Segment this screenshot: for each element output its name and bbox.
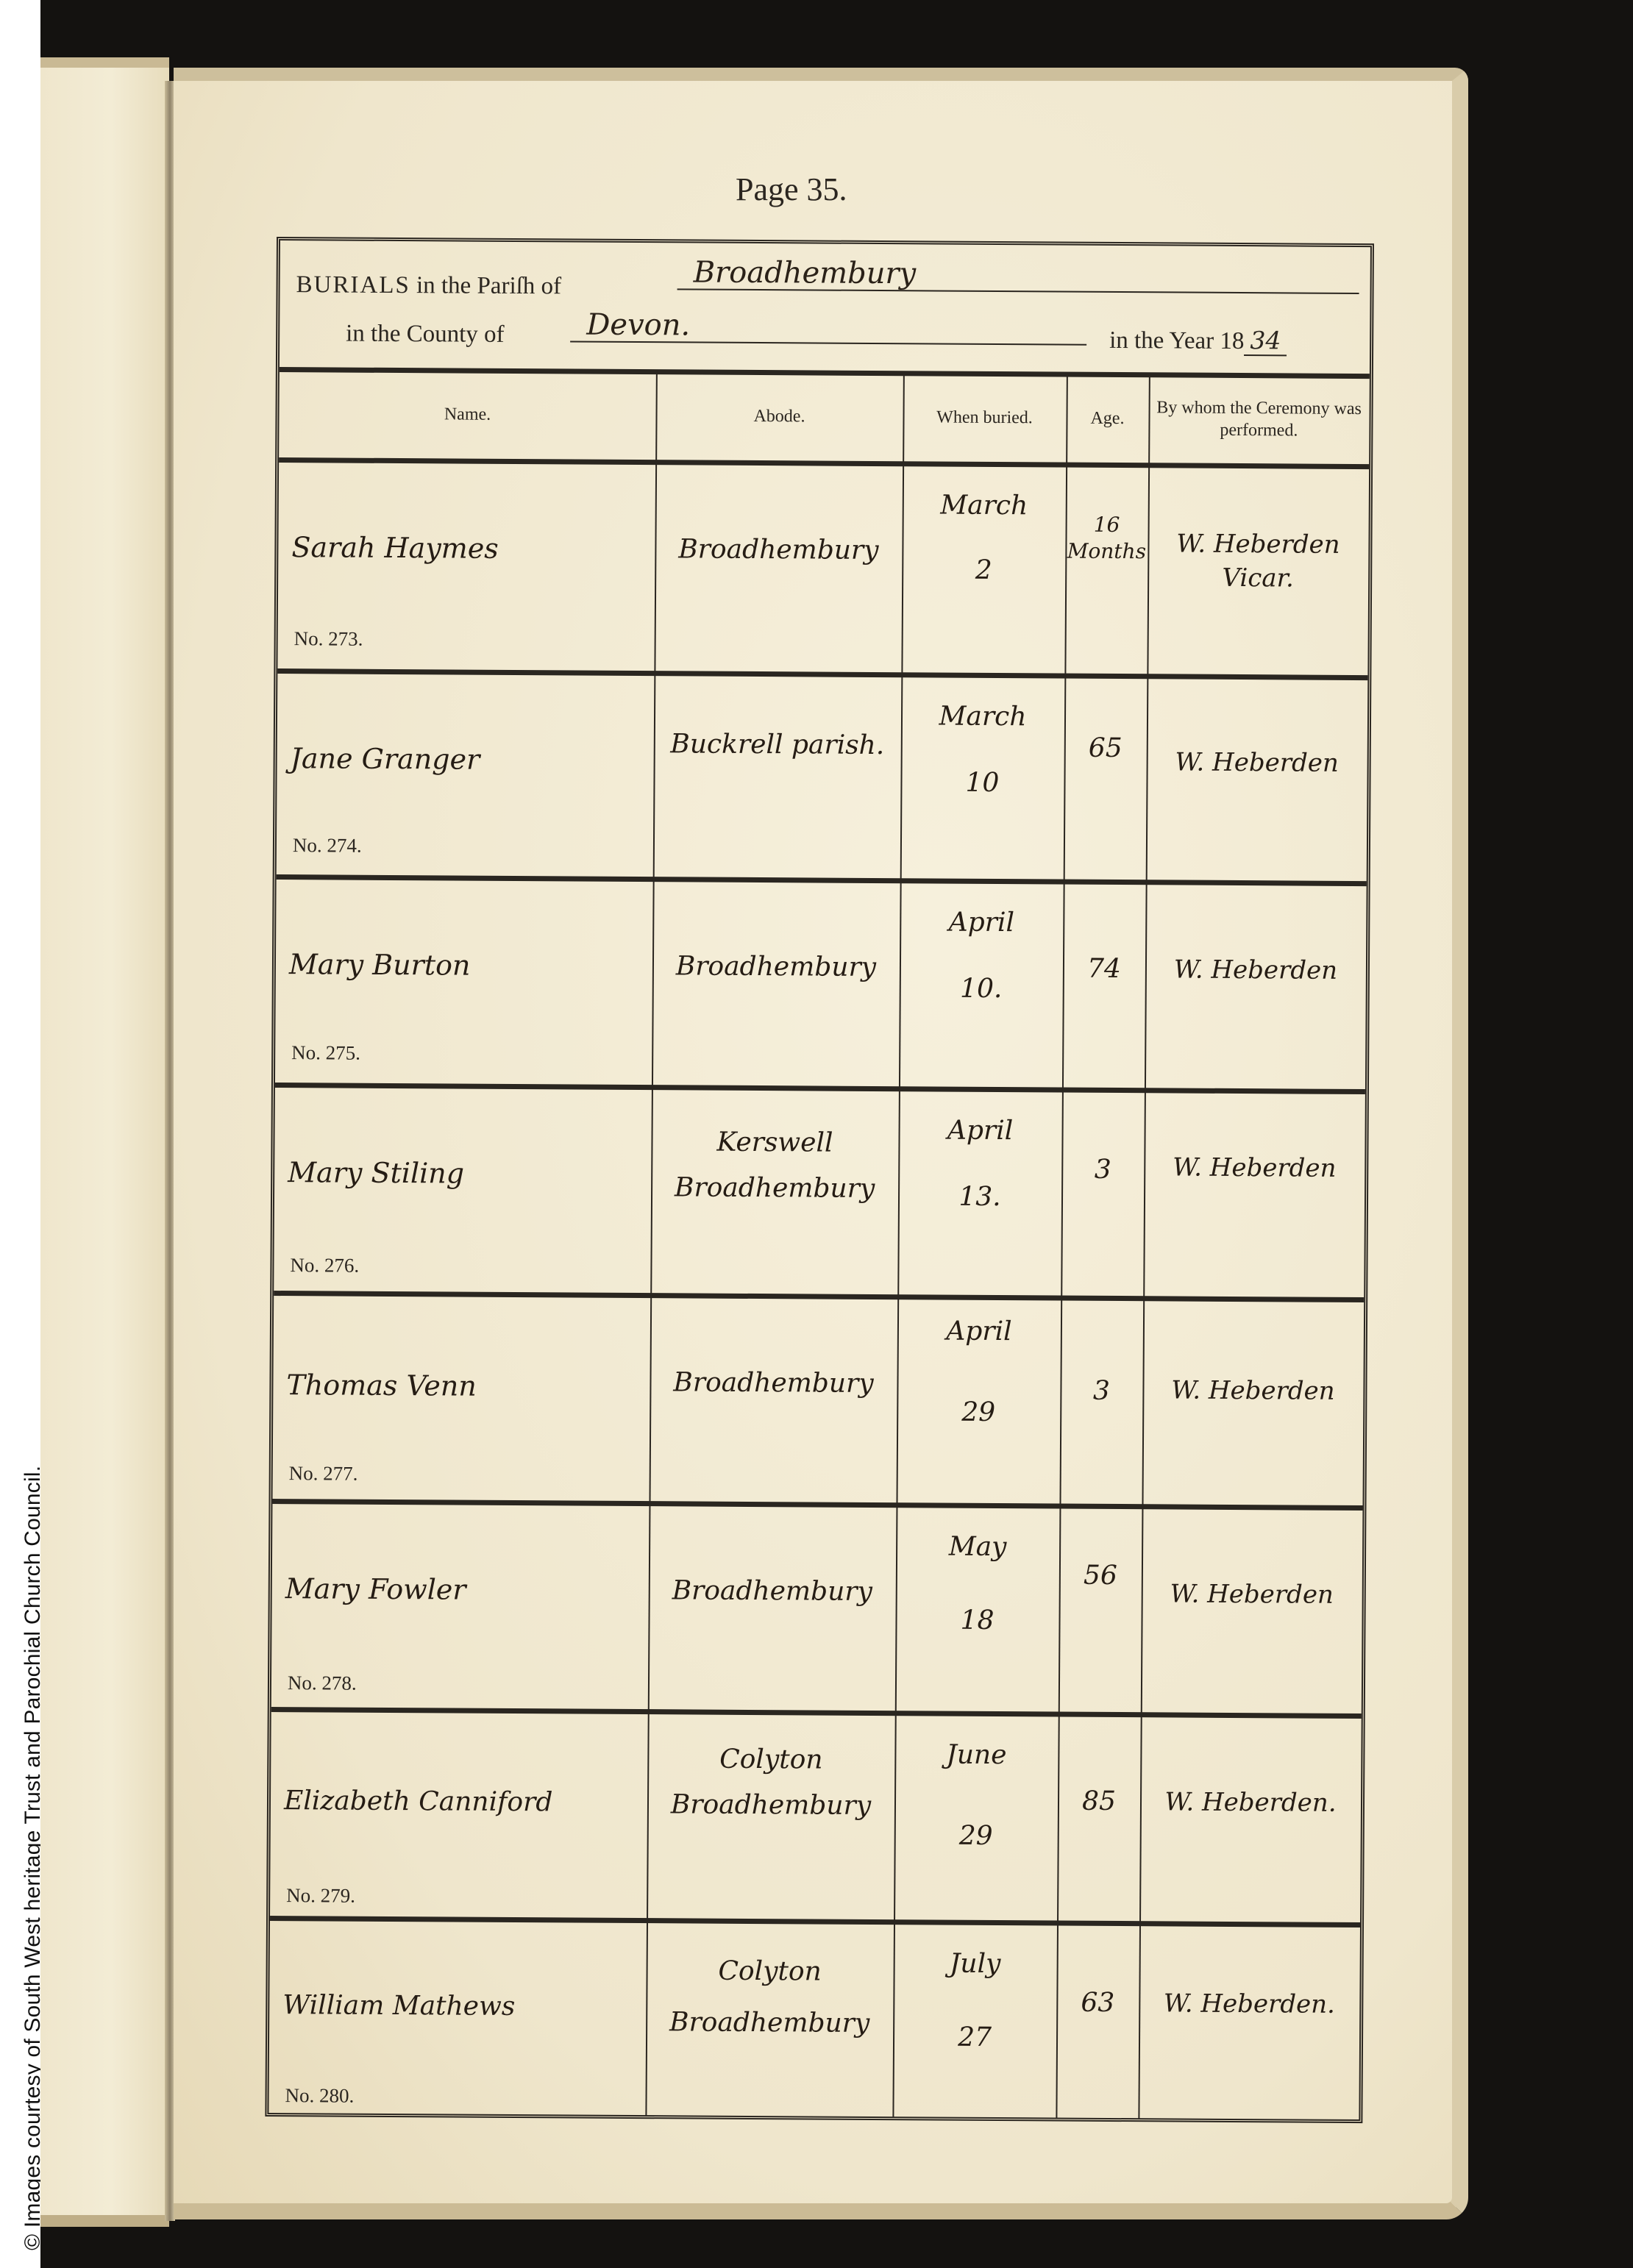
entry-month: July xyxy=(894,1947,1057,1981)
register-row: Elizabeth Canniford Colyton Broadhembury… xyxy=(270,1712,1362,1921)
entry-name: Mary Fowler xyxy=(272,1572,653,1608)
entry-name: Mary Burton xyxy=(276,947,657,983)
entry-abode: Broadhembury xyxy=(655,532,902,568)
page-number: Page 35. xyxy=(736,171,847,208)
entry-age: 65 xyxy=(1064,732,1147,766)
entry-name: Elizabeth Canniford xyxy=(271,1784,652,1820)
entry-day: 13. xyxy=(898,1180,1061,1214)
entry-age: 63 xyxy=(1056,1986,1139,2021)
entry-officiant: W. Heberden. xyxy=(1139,1986,1359,2022)
county-value: Devon. xyxy=(570,308,1086,345)
entry-day: 29 xyxy=(894,1819,1058,1853)
register-row: Mary Burton Broadhembury April 10. 74 W.… xyxy=(275,880,1367,1087)
column-header-officiant: By whom the Ceremony was performed. xyxy=(1148,374,1370,464)
entry-age: 3 xyxy=(1061,1153,1144,1188)
register-row: Jane Granger Buckrell parish. March 10 6… xyxy=(277,674,1368,881)
entry-officiant: W. Heberden xyxy=(1142,1373,1363,1408)
entry-name: Jane Granger xyxy=(277,741,658,777)
entry-number: No. 279. xyxy=(286,1884,355,1908)
parish-label: in the Pariſh of xyxy=(416,272,561,299)
entry-abode: Broadhembury xyxy=(650,1366,897,1401)
entry-month: March xyxy=(901,699,1064,734)
entry-month: April xyxy=(900,905,1063,940)
burials-title: BURIALS xyxy=(296,271,410,299)
entry-age: 74 xyxy=(1063,952,1145,987)
register-heading: BURIALS in the Pariſh of Broadhembury in… xyxy=(280,240,1370,376)
entry-abode: Broadhembury xyxy=(652,949,900,985)
parish-value: Broadhembury xyxy=(677,256,1359,294)
entry-month: May xyxy=(896,1530,1059,1564)
entry-name: William Mathews xyxy=(269,1989,650,2025)
entry-abode: Colyton Broadhembury xyxy=(647,1736,895,1829)
entry-officiant: W. Heberden xyxy=(1147,745,1367,780)
county-label: in the County of xyxy=(346,321,505,349)
entry-age: 16 Months xyxy=(1065,512,1148,566)
entry-age: 3 xyxy=(1060,1374,1142,1409)
entry-age: 56 xyxy=(1059,1559,1142,1594)
entry-month: March xyxy=(903,488,1066,523)
entry-number: No. 273. xyxy=(294,627,363,651)
column-header-age: Age. xyxy=(1066,374,1149,463)
parish-line: BURIALS in the Pariſh of xyxy=(296,271,561,300)
column-header-when-buried: When buried. xyxy=(903,373,1067,462)
entry-officiant: W. Heberden xyxy=(1144,1150,1365,1185)
entry-day: 27 xyxy=(893,2020,1056,2055)
entry-name: Mary Stiling xyxy=(274,1155,655,1191)
year-label: in the Year 1834 xyxy=(1109,325,1287,355)
entry-name: Sarah Haymes xyxy=(278,530,659,566)
column-header-abode: Abode. xyxy=(655,371,903,461)
entry-officiant: W. Heberden xyxy=(1145,952,1366,988)
entry-name: Thomas Venn xyxy=(273,1368,654,1404)
entry-month: April xyxy=(898,1113,1061,1148)
credit-strip: © Images courtesy of South West heritage… xyxy=(0,0,40,2268)
burial-register-table: BURIALS in the Pariſh of Broadhembury in… xyxy=(265,237,1374,2123)
entry-number: No. 278. xyxy=(288,1672,357,1695)
entry-day: 18 xyxy=(895,1603,1059,1638)
entry-number: No. 280. xyxy=(285,2084,354,2108)
year-value: 34 xyxy=(1244,326,1287,356)
column-header-name: Name. xyxy=(279,369,656,460)
entry-month: June xyxy=(894,1738,1058,1772)
entry-officiant: W. Heberden. xyxy=(1140,1785,1361,1820)
entry-officiant: W. Heberden xyxy=(1142,1577,1362,1612)
register-row: Thomas Venn Broadhembury April 29 3 W. H… xyxy=(273,1296,1365,1505)
entry-number: No. 276. xyxy=(290,1254,359,1277)
entry-number: No. 275. xyxy=(291,1041,360,1065)
entry-abode: Broadhembury xyxy=(649,1574,896,1609)
entry-abode: Buckrell parish. xyxy=(654,727,901,763)
register-row: William Mathews Colyton Broadhembury Jul… xyxy=(268,1921,1360,2119)
entry-number: No. 277. xyxy=(289,1462,358,1486)
entry-age: 85 xyxy=(1058,1785,1140,1819)
register-row: Sarah Haymes Broadhembury March 2 16 Mon… xyxy=(277,463,1369,676)
entry-day: 10. xyxy=(900,971,1063,1006)
entry-abode: Colyton Broadhembury xyxy=(646,1945,894,2050)
entry-officiant: W. Heberden Vicar. xyxy=(1148,527,1369,596)
entry-day: 2 xyxy=(902,553,1065,588)
register-row: Mary Stiling Kerswell Broadhembury April… xyxy=(274,1088,1365,1297)
entry-abode: Kerswell Broadhembury xyxy=(651,1119,899,1212)
entry-month: April xyxy=(897,1314,1061,1349)
year-prefix: in the Year 18 xyxy=(1109,327,1245,354)
entry-day: 10 xyxy=(900,766,1064,800)
entry-number: No. 274. xyxy=(293,834,362,857)
register-row: Mary Fowler Broadhembury May 18 56 W. He… xyxy=(271,1504,1363,1713)
left-page-edge xyxy=(40,57,169,2227)
entry-day: 29 xyxy=(897,1395,1060,1430)
